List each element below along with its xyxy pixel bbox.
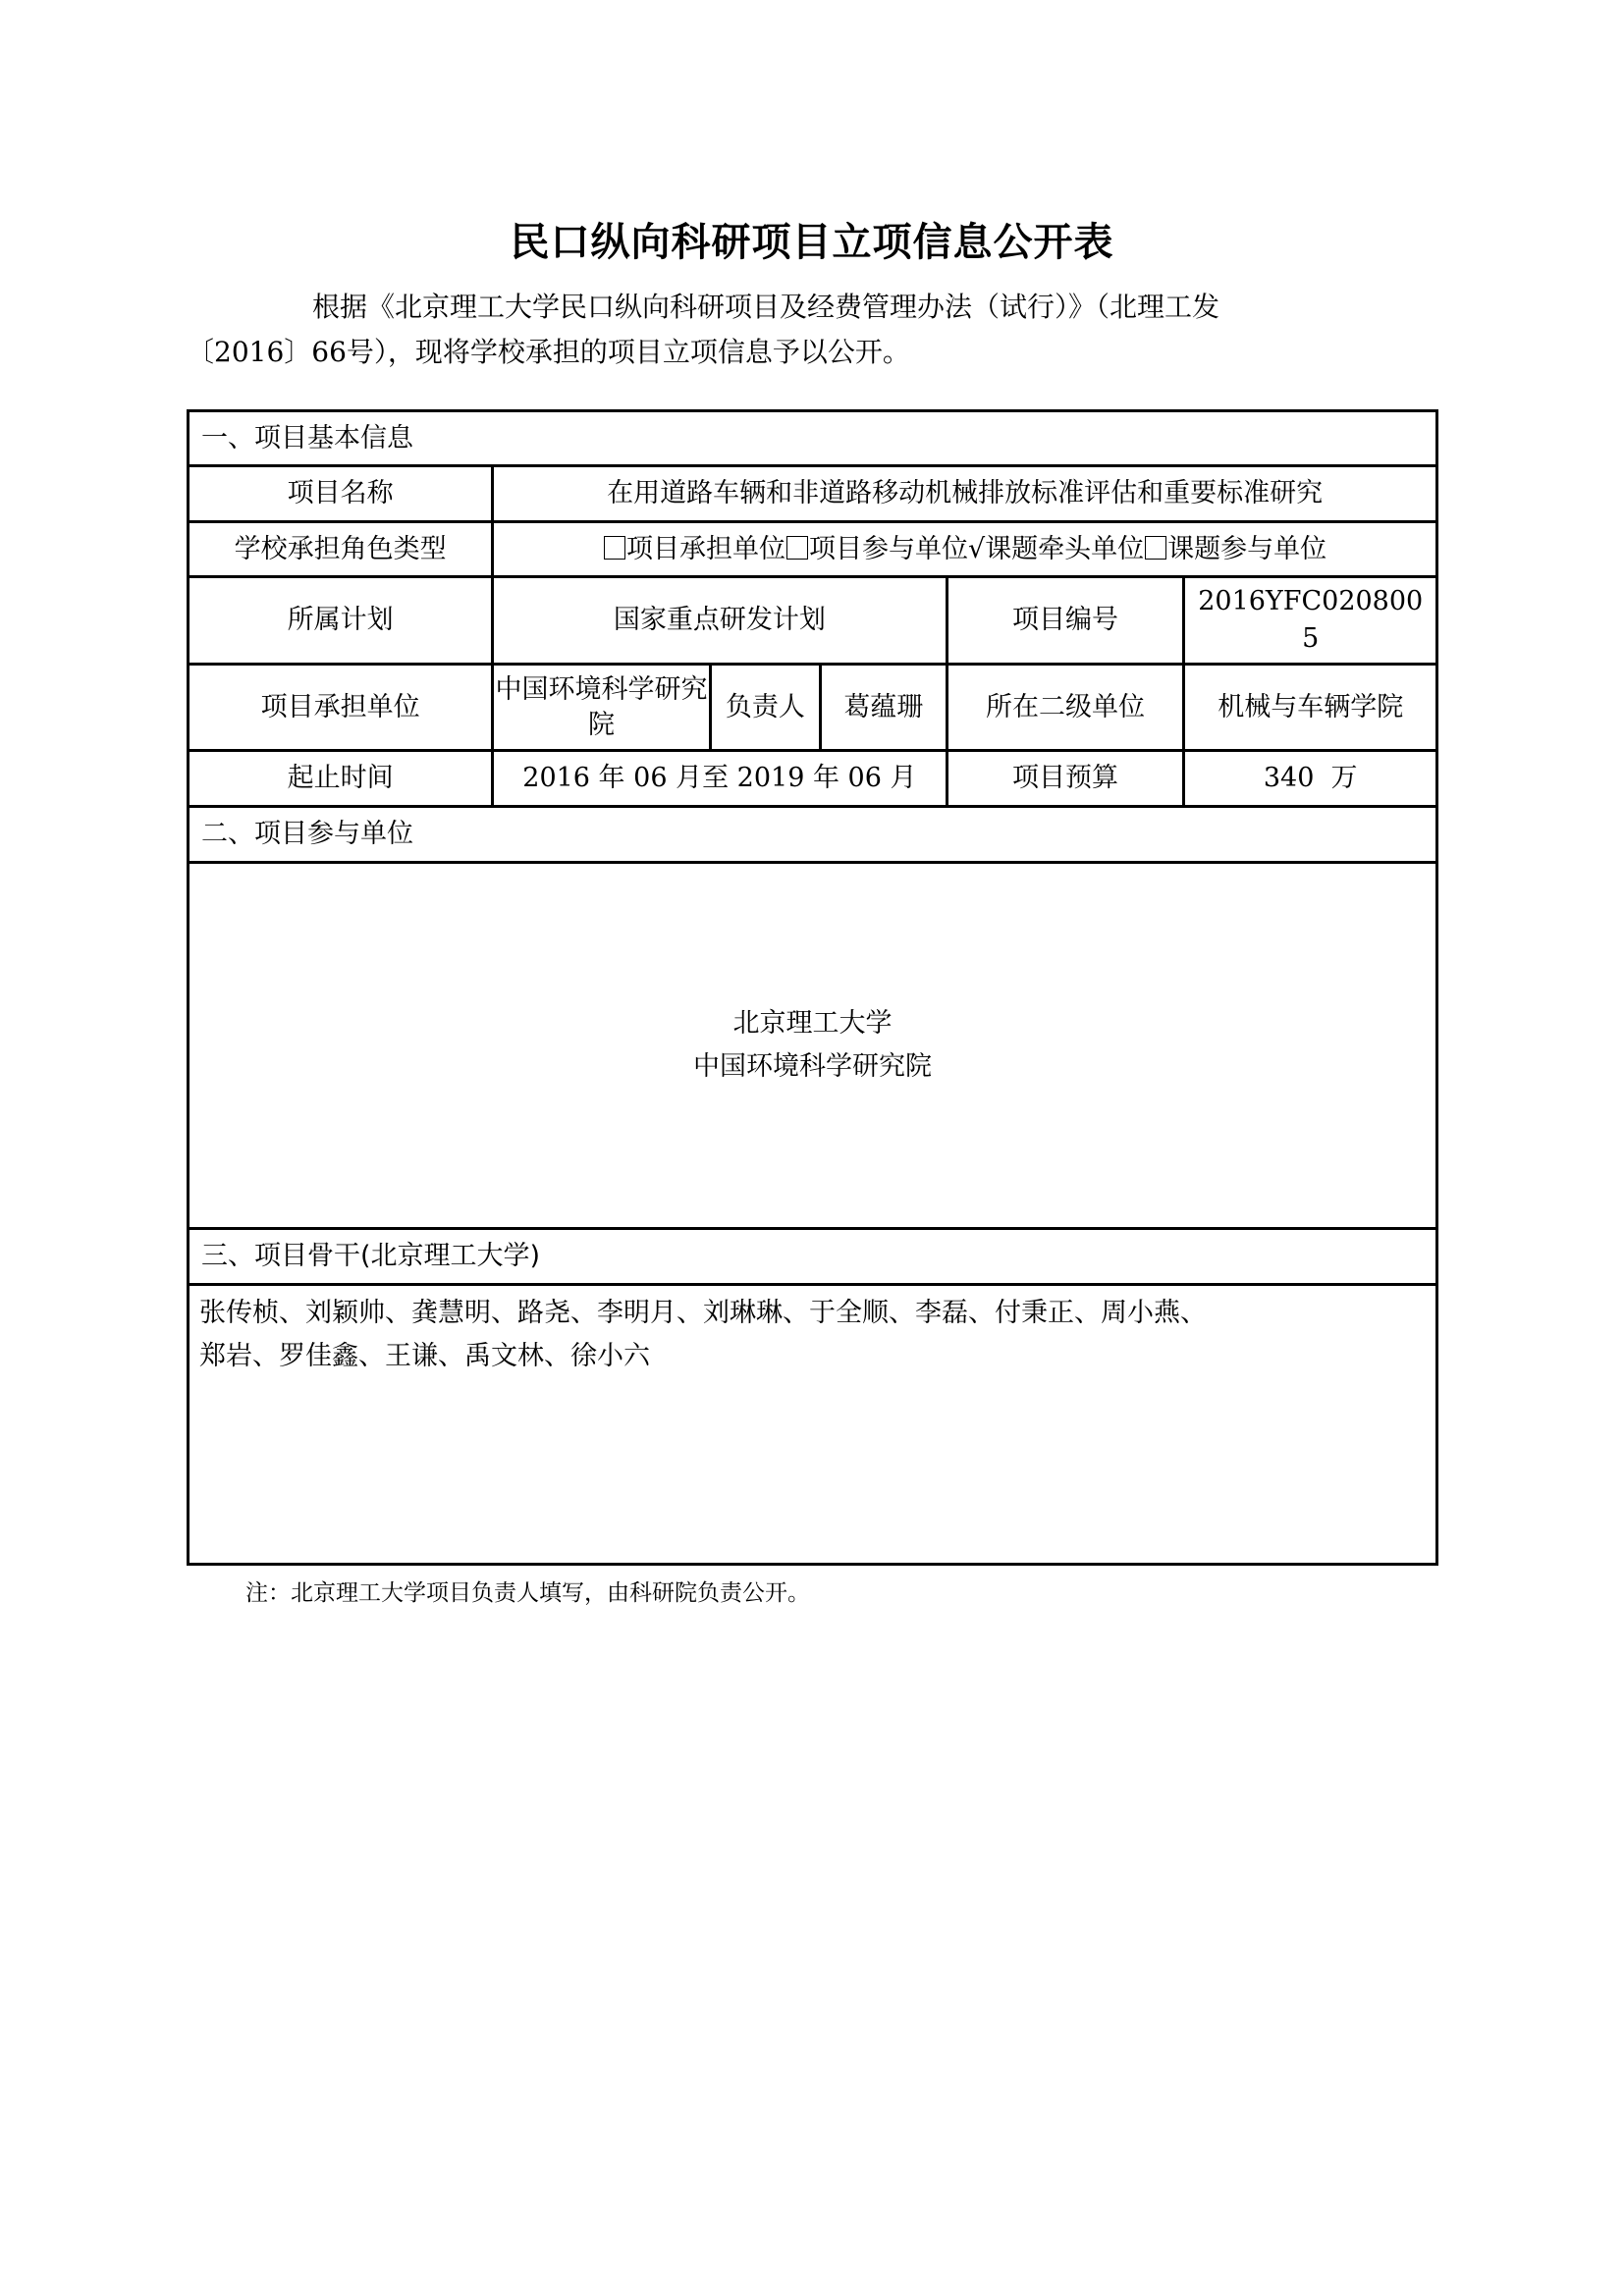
plan-value: 国家重点研发计划 xyxy=(493,577,947,665)
project-name-value: 在用道路车辆和非道路移动机械排放标准评估和重要标准研究 xyxy=(493,466,1437,522)
role-options: 项目承担单位项目参与单位√课题牵头单位课题参与单位 xyxy=(493,522,1437,577)
undertaker-value: 中国环境科学研究院 xyxy=(493,665,711,751)
period-value: 2016 年 06 月至 2019 年 06 月 xyxy=(493,751,947,807)
project-info-table: 一、项目基本信息 项目名称 在用道路车辆和非道路移动机械排放标准评估和重要标准研… xyxy=(187,409,1438,1566)
intro-line-1: 根据《北京理工大学民口纵向科研项目及经费管理办法（试行）》（北理工发 xyxy=(187,285,1443,330)
budget-label: 项目预算 xyxy=(947,751,1184,807)
role-option-label: 课题牵头单位 xyxy=(985,534,1144,564)
secondary-unit-value: 机械与车辆学院 xyxy=(1184,665,1437,751)
checkbox-empty-icon xyxy=(604,536,625,560)
intro-paragraph: 根据《北京理工大学民口纵向科研项目及经费管理办法（试行）》（北理工发 〔2016… xyxy=(187,285,1443,375)
budget-value: 340 万 xyxy=(1184,751,1437,807)
checkbox-empty-icon xyxy=(786,536,808,560)
plan-label: 所属计划 xyxy=(189,577,493,665)
members-line: 郑岩、罗佳鑫、王谦、禹文林、徐小六 xyxy=(199,1335,1426,1378)
intro-line-2: 〔2016〕66号），现将学校承担的项目立项信息予以公开。 xyxy=(187,330,1443,375)
role-option-label: 课题参与单位 xyxy=(1167,534,1326,564)
period-label: 起止时间 xyxy=(189,751,493,807)
leader-value: 葛蕴珊 xyxy=(820,665,947,751)
role-option-label: 项目承担单位 xyxy=(626,534,785,564)
participant-item: 中国环境科学研究院 xyxy=(189,1045,1435,1089)
project-name-label: 项目名称 xyxy=(189,466,493,522)
section-header-key-members: 三、项目骨干(北京理工大学) xyxy=(189,1229,1437,1285)
leader-label: 负责人 xyxy=(710,665,820,751)
footer-note: 注：北京理工大学项目负责人填写，由科研院负责公开。 xyxy=(245,1575,810,1607)
participants-list: 北京理工大学 中国环境科学研究院 xyxy=(189,863,1437,1229)
checkmark-icon: √ xyxy=(968,534,985,564)
undertaker-label: 项目承担单位 xyxy=(189,665,493,751)
project-no-value: 2016YFC0208005 xyxy=(1184,577,1437,665)
page-title: 民口纵向科研项目立项信息公开表 xyxy=(0,211,1624,267)
role-option-label: 项目参与单位 xyxy=(809,534,968,564)
secondary-unit-label: 所在二级单位 xyxy=(947,665,1184,751)
role-label: 学校承担角色类型 xyxy=(189,522,493,577)
checkbox-empty-icon xyxy=(1145,536,1166,560)
section-header-basic-info: 一、项目基本信息 xyxy=(189,411,1437,466)
project-no-label: 项目编号 xyxy=(947,577,1184,665)
participant-item: 北京理工大学 xyxy=(189,1002,1435,1045)
section-header-participants: 二、项目参与单位 xyxy=(189,807,1437,863)
key-members-list: 张传桢、刘颖帅、龚慧明、路尧、李明月、刘琳琳、于全顺、李磊、付秉正、周小燕、 郑… xyxy=(189,1285,1437,1565)
members-line: 张传桢、刘颖帅、龚慧明、路尧、李明月、刘琳琳、于全顺、李磊、付秉正、周小燕、 xyxy=(199,1292,1426,1335)
